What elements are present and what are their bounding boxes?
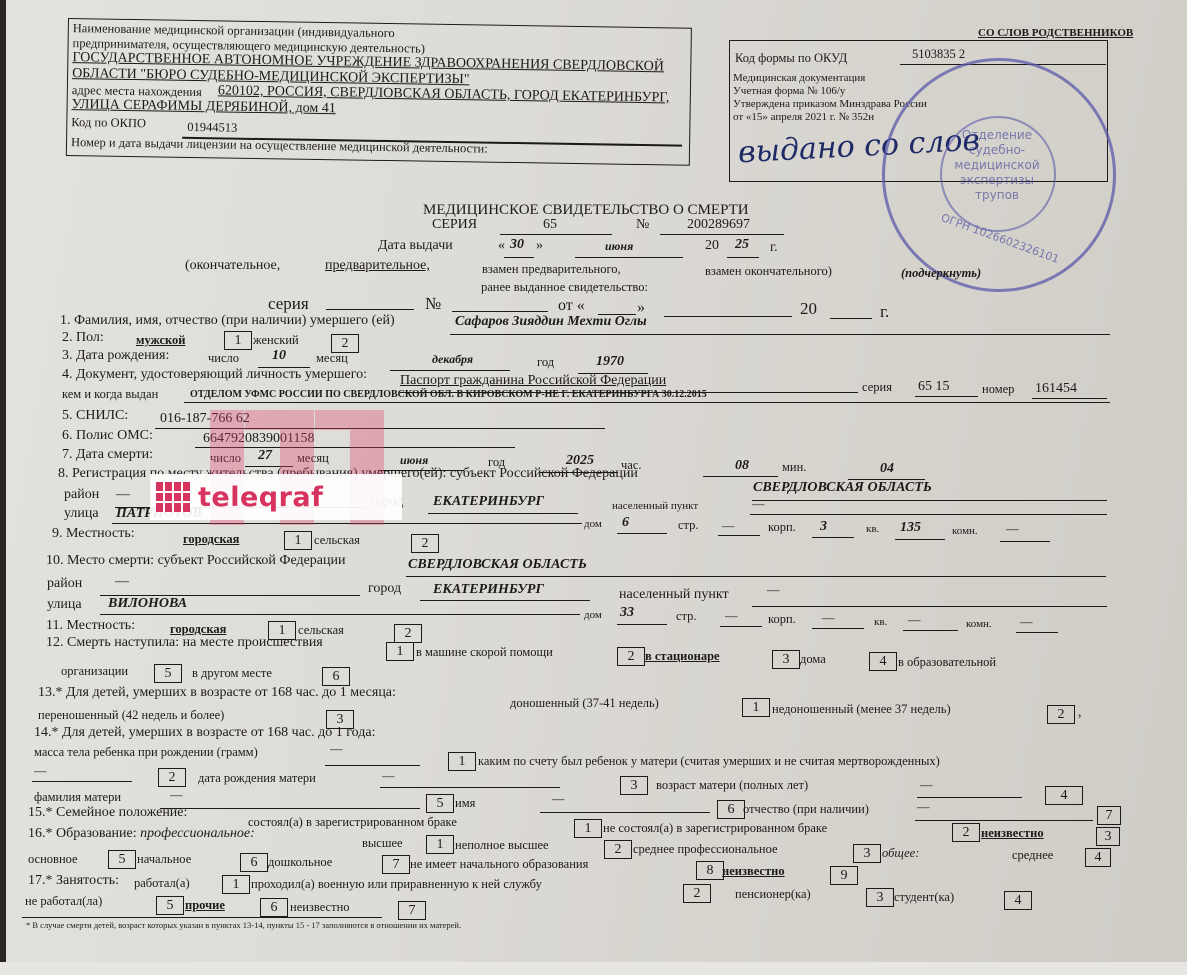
box-military[interactable]: 2 [683, 884, 711, 903]
mother-patronymic-label: отчество (при наличии) [743, 802, 869, 817]
death-street[interactable]: ВИЛОНОВА [108, 596, 187, 612]
education-label: 16.* Образование: [28, 826, 137, 841]
issued-by-underline [184, 402, 1110, 403]
death-city[interactable]: ЕКАТЕРИНБУРГ [433, 582, 544, 598]
passport-series[interactable]: 65 15 [918, 379, 950, 395]
residence-room[interactable]: — [1006, 522, 1019, 537]
residence-city-underline [428, 513, 578, 514]
residence-house-underline [617, 533, 667, 534]
passport-series-underline [915, 396, 978, 397]
death-apt-underline [903, 630, 958, 631]
edu-none[interactable]: не имеет начального образования [410, 857, 588, 872]
birth-mass-underline [325, 765, 420, 766]
prev-year-field[interactable] [830, 318, 872, 319]
field-3-label: 3. Дата рождения: [62, 348, 169, 364]
death-district-label: район [47, 576, 82, 592]
previous-certificate-label: ранее выданное свидетельство: [481, 280, 648, 295]
box-mbirth[interactable]: 3 [620, 776, 648, 795]
field-2-label: 2. Пол: [62, 330, 104, 346]
emp-pensioner[interactable]: пенсионер(ка) [735, 887, 811, 902]
mother-name-underline [540, 812, 710, 813]
issued-by-value[interactable]: ОТДЕЛОМ УФМС РОССИИ ПО СВЕРДЛОВСКОЙ ОБЛ.… [190, 389, 707, 400]
death-bld[interactable]: — [725, 609, 738, 624]
box-sec-prof[interactable]: 3 [853, 844, 881, 863]
edu-higher[interactable]: высшее [362, 836, 403, 851]
residence-house-label: дом [584, 518, 602, 530]
watermark-bar [315, 410, 350, 430]
death-room[interactable]: — [1020, 615, 1033, 630]
death-city-label: город [368, 581, 401, 597]
death-corp-underline [812, 628, 864, 629]
issue-day-close: » [536, 238, 543, 254]
name-underline [450, 334, 1110, 335]
child-order-value[interactable]: — [34, 764, 47, 779]
death-room-underline [1016, 632, 1058, 633]
death-corp[interactable]: — [822, 611, 835, 626]
death-bld-underline [720, 626, 762, 627]
issue-day-underline [504, 257, 534, 258]
residence-street-underline [112, 523, 582, 524]
locality-rural[interactable]: сельская [314, 533, 360, 548]
background-strip [0, 962, 1187, 975]
field-12-label: 12. Смерть наступила: на месте происшест… [46, 635, 323, 651]
field-7-label: 7. Дата смерти: [62, 447, 153, 463]
birth-year-label: год [537, 355, 554, 370]
box-other[interactable]: 6 [322, 667, 350, 686]
death-ambulance[interactable]: в машине скорой помощи [416, 645, 553, 660]
box-rural[interactable]: 2 [411, 534, 439, 553]
okud-code-label: Код формы по ОКУД [735, 51, 847, 66]
edu-preschool[interactable]: дошкольное [268, 855, 332, 870]
death-district[interactable]: — [115, 574, 129, 590]
box-inc-higher[interactable]: 2 [604, 840, 632, 859]
box-edu[interactable]: 5 [154, 664, 182, 683]
mother-age-value[interactable]: — [920, 778, 933, 793]
issue-day: 30 [510, 237, 524, 253]
death-home[interactable]: дома [800, 652, 826, 667]
death-room-label: комн. [966, 618, 992, 630]
box-preschool[interactable]: 7 [382, 855, 410, 874]
document-type[interactable]: Паспорт гражданина Российской Федерации [400, 373, 666, 389]
emp-military[interactable]: проходил(а) военную или приравненную к н… [251, 877, 542, 892]
edu-incomplete-higher[interactable]: неполное высшее [455, 838, 549, 853]
box-death-rural[interactable]: 2 [394, 624, 422, 643]
form-number: Учетная форма № 106/у [733, 85, 845, 97]
box-emp-other[interactable]: 6 [260, 898, 288, 917]
watermark-label: teleqraf [150, 474, 402, 520]
preterm-comma: , [1078, 705, 1082, 721]
passport-number-label: номер [982, 382, 1014, 397]
not-married[interactable]: не состоял(а) в зарегистрированном браке [603, 821, 827, 836]
issue-year-prefix: 20 [705, 238, 719, 254]
residence-room-underline [1000, 541, 1050, 542]
field-16-label: 16.* Образование: профессиональное: [28, 826, 255, 842]
death-house[interactable]: 33 [620, 605, 634, 621]
emp-not-worked[interactable]: не работал(ла) [25, 894, 102, 909]
death-house-label: дом [584, 609, 602, 621]
death-hour[interactable]: 08 [735, 458, 749, 474]
death-locality[interactable]: — [767, 583, 780, 598]
residence-corp[interactable]: 3 [820, 519, 827, 535]
box-urban[interactable]: 1 [284, 531, 312, 550]
type-instead-preliminary[interactable]: взамен предварительного, [482, 262, 621, 277]
residence-apt-underline [895, 539, 945, 540]
emp-other[interactable]: прочие [185, 898, 225, 913]
death-min-label: мин. [782, 460, 806, 475]
death-apt-label: кв. [874, 616, 887, 628]
mother-age-underline [917, 797, 1022, 798]
type-preliminary[interactable]: предварительное, [325, 258, 430, 274]
number-label: № [636, 217, 649, 233]
box-primary[interactable]: 6 [240, 853, 268, 872]
birth-day-label: число [208, 351, 239, 366]
death-bld-label: стр. [676, 609, 697, 624]
mother-birth-value[interactable]: — [382, 769, 395, 784]
mother-patronymic-underline [915, 820, 1093, 821]
residence-bld[interactable]: — [722, 519, 735, 534]
residence-apt-label: кв. [866, 523, 879, 535]
box-not-married[interactable]: 2 [952, 823, 980, 842]
fullterm[interactable]: доношенный (37-41 недель) [510, 696, 659, 711]
emp-worked[interactable]: работал(а) [134, 876, 190, 891]
okpo-label: Код по ОКПО [71, 115, 146, 131]
residence-apt[interactable]: 135 [900, 520, 921, 536]
residence-subject[interactable]: СВЕРДЛОВСКАЯ ОБЛАСТЬ [753, 480, 932, 496]
death-apt[interactable]: — [908, 613, 921, 628]
birth-mass-value[interactable]: — [330, 742, 343, 757]
passport-number[interactable]: 161454 [1035, 381, 1077, 397]
birth-day[interactable]: 10 [272, 348, 286, 364]
footnote: * В случае смерти детей, возраст которых… [26, 920, 461, 930]
prev-number-label: № [425, 294, 441, 314]
sex-female[interactable]: женский [253, 333, 299, 348]
number-value: 200289697 [687, 217, 750, 233]
death-other[interactable]: в другом месте [192, 666, 272, 681]
deceased-name[interactable]: Сафаров Зияддин Мехти Оглы [455, 314, 647, 330]
birth-mass-label: масса тела ребенка при рождении (грамм) [34, 745, 258, 760]
residence-room-label: комн. [952, 525, 978, 537]
death-place-subject[interactable]: СВЕРДЛОВСКАЯ ОБЛАСТЬ [408, 557, 587, 573]
mother-patronymic-value[interactable]: — [917, 800, 930, 815]
form-approved: Утверждена приказом Минздрава России [733, 98, 927, 110]
residence-locality-label: населенный пункт [612, 500, 698, 512]
residence-bld-label: стр. [678, 518, 699, 533]
stamp-center-text: Отделение судебно- медицинской экспертиз… [942, 128, 1052, 203]
mother-surname-label: фамилия матери [34, 790, 121, 805]
box-home[interactable]: 4 [869, 652, 897, 671]
prev-year-prefix: 20 [800, 299, 817, 319]
issue-day-open: « [498, 238, 505, 254]
death-min[interactable]: 04 [880, 461, 894, 477]
edu-basic[interactable]: основное [28, 852, 78, 867]
death-edu-cont: организации [61, 664, 128, 679]
field-1-label: 1. Фамилия, имя, отчество (при наличии) … [60, 313, 395, 329]
emp-student[interactable]: студент(ка) [894, 890, 954, 905]
form-order: от «15» апреля 2021 г. № 352н [733, 111, 874, 123]
mother-surname-underline [160, 808, 420, 809]
residence-locality-underline [750, 514, 1107, 515]
edu-secondary-prof[interactable]: среднее профессиональное [633, 842, 778, 857]
series-underline [500, 234, 612, 235]
edu-general: общее: [882, 846, 919, 861]
watermark-logo-icon [156, 482, 190, 512]
box-mage[interactable]: 4 [1045, 786, 1083, 805]
okud-code-value: 5103835 2 [912, 47, 965, 62]
watermark-brand: teleqraf [198, 482, 323, 513]
prev-from-label: от « [558, 297, 585, 315]
mother-age-label: возраст матери (полных лет) [656, 778, 808, 793]
residence-subject-underline [752, 500, 1107, 501]
footnote-divider [22, 917, 382, 918]
mother-birth-label: дата рождения матери [198, 771, 316, 786]
box-emp-unknown[interactable]: 7 [398, 901, 426, 920]
death-day[interactable]: 27 [258, 448, 272, 464]
field-11-label: 11. Местность: [46, 618, 135, 634]
child-order-underline [32, 781, 132, 782]
mother-name-value[interactable]: — [552, 792, 565, 807]
type-final[interactable]: (окончательное, [185, 258, 280, 274]
death-locality-label: населенный пункт [619, 587, 729, 603]
field-13-label: 13.* Для детей, умерших в возрасте от 16… [38, 685, 396, 701]
box-secondary[interactable]: 4 [1085, 848, 1111, 867]
birth-month[interactable]: декабря [432, 352, 473, 367]
field-14-label: 14.* Для детей, умерших в возрасте от 16… [34, 725, 375, 741]
residence-bld-underline [718, 535, 760, 536]
death-subject-underline [406, 576, 1106, 577]
residence-house[interactable]: 6 [622, 515, 629, 531]
death-street-underline [100, 614, 580, 615]
married[interactable]: состоял(а) в зарегистрированном браке [248, 815, 457, 830]
sex-male[interactable]: мужской [136, 333, 185, 348]
box-preterm[interactable]: 2 [1047, 705, 1075, 724]
box-basic[interactable]: 5 [108, 850, 136, 869]
watermark-bar [245, 410, 280, 430]
series-value: 65 [543, 217, 557, 233]
box-worked[interactable]: 1 [222, 875, 250, 894]
issue-date-label: Дата выдачи [378, 238, 453, 254]
form-doc-type: Медицинская документация [733, 72, 865, 84]
death-city-underline [420, 600, 590, 601]
issue-month: июня [605, 239, 633, 254]
death-hour-underline [703, 476, 778, 477]
birth-month-underline [390, 370, 510, 371]
organization-block: Наименование медицинской организации (ин… [66, 18, 692, 166]
birth-year[interactable]: 1970 [596, 354, 624, 370]
box-order[interactable]: 2 [158, 768, 186, 787]
box-mname[interactable]: 6 [717, 800, 745, 819]
box-ambulance[interactable]: 2 [617, 647, 645, 666]
field-4-label: 4. Документ, удостоверяющий личность уме… [62, 367, 367, 383]
issued-by-label: кем и когда выдан [62, 387, 158, 402]
okpo-value: 01944513 [187, 120, 237, 136]
box-edu-none[interactable]: 8 [696, 861, 724, 880]
issue-year: 25 [735, 237, 749, 253]
license-label: Номер и дата выдачи лицензии на осуществ… [71, 135, 488, 157]
box-mpatr[interactable]: 7 [1097, 806, 1121, 825]
field-5-label: 5. СНИЛС: [62, 408, 128, 424]
field-15-label: 15.* Семейное положение: [28, 805, 187, 821]
residence-district[interactable]: — [116, 487, 130, 503]
edu-unknown[interactable]: неизвестно [722, 864, 785, 879]
field-9-label: 9. Местность: [52, 526, 135, 542]
mother-birth-underline [380, 787, 560, 788]
box-msurname[interactable]: 5 [426, 794, 454, 813]
residence-corp-label: корп. [768, 520, 796, 535]
edu-secondary[interactable]: среднее [1012, 848, 1053, 863]
number-underline [660, 234, 784, 235]
passport-series-label: серия [862, 380, 892, 395]
emp-unknown[interactable]: неизвестно [290, 900, 350, 915]
field-10-label: 10. Место смерти: субъект Российской Фед… [46, 553, 346, 569]
preterm[interactable]: недоношенный (менее 37 недель) [772, 702, 951, 717]
locality-urban[interactable]: городская [183, 532, 239, 547]
box-scene[interactable]: 1 [386, 642, 414, 661]
edu-primary[interactable]: начальное [137, 852, 191, 867]
box-hospital[interactable]: 3 [772, 650, 800, 669]
source-note: СО СЛОВ РОДСТВЕННИКОВ [978, 27, 1133, 39]
box-fullterm[interactable]: 1 [742, 698, 770, 717]
box-edu-unknown[interactable]: 9 [830, 866, 858, 885]
box-mass[interactable]: 1 [448, 752, 476, 771]
marital-unknown[interactable]: неизвестно [981, 826, 1044, 841]
residence-district-label: район [64, 487, 99, 503]
mother-name-label: имя [455, 796, 475, 811]
residence-corp-underline [812, 537, 854, 538]
mother-surname-value[interactable]: — [170, 788, 183, 803]
box-student[interactable]: 4 [1004, 891, 1032, 910]
death-house-underline [617, 624, 667, 625]
underline-note: (подчеркнуть) [901, 266, 981, 281]
field-6-label: 6. Полис ОМС: [62, 428, 153, 444]
death-locality-underline [752, 606, 1107, 607]
address-line-2: УЛИЦА СЕРАФИМЫ ДЕРЯБИНОЙ, дом 41 [72, 97, 336, 117]
issue-year-underline [727, 257, 759, 258]
postterm[interactable]: переношенный (42 недель и более) [38, 708, 224, 723]
prev-number-field[interactable] [452, 311, 548, 312]
prev-series-label: серия [268, 294, 309, 314]
birth-month-label: месяц [316, 351, 348, 366]
prev-series-field[interactable] [326, 309, 414, 310]
box-pensioner[interactable]: 3 [866, 888, 894, 907]
death-street-label: улица [47, 597, 82, 613]
type-instead-final[interactable]: взамен окончательного) [705, 264, 832, 279]
prev-month-field[interactable] [664, 316, 792, 317]
passport-number-underline [1032, 398, 1107, 399]
residence-street-label: улица [64, 506, 99, 522]
issue-month-underline [575, 257, 683, 258]
death-hospital[interactable]: в стационаре [645, 649, 720, 664]
death-edu[interactable]: в образовательной [898, 655, 996, 670]
residence-locality[interactable]: — [752, 497, 765, 512]
series-label: СЕРИЯ [432, 217, 477, 233]
death-corp-label: корп. [768, 612, 796, 627]
child-order-label: каким по счету был ребенок у матери (счи… [478, 754, 940, 769]
box-higher[interactable]: 1 [426, 835, 454, 854]
residence-city[interactable]: ЕКАТЕРИНБУРГ [433, 494, 544, 510]
issue-year-suffix: г. [770, 240, 778, 256]
prev-year-suffix: г. [880, 302, 889, 322]
box-not-worked[interactable]: 5 [156, 896, 184, 915]
box-sex-male[interactable]: 1 [224, 331, 252, 350]
box-marital-unknown[interactable]: 3 [1096, 827, 1120, 846]
field-17-label: 17.* Занятость: [28, 873, 119, 889]
education-prof: профессиональное: [140, 826, 255, 841]
box-married[interactable]: 1 [574, 819, 602, 838]
